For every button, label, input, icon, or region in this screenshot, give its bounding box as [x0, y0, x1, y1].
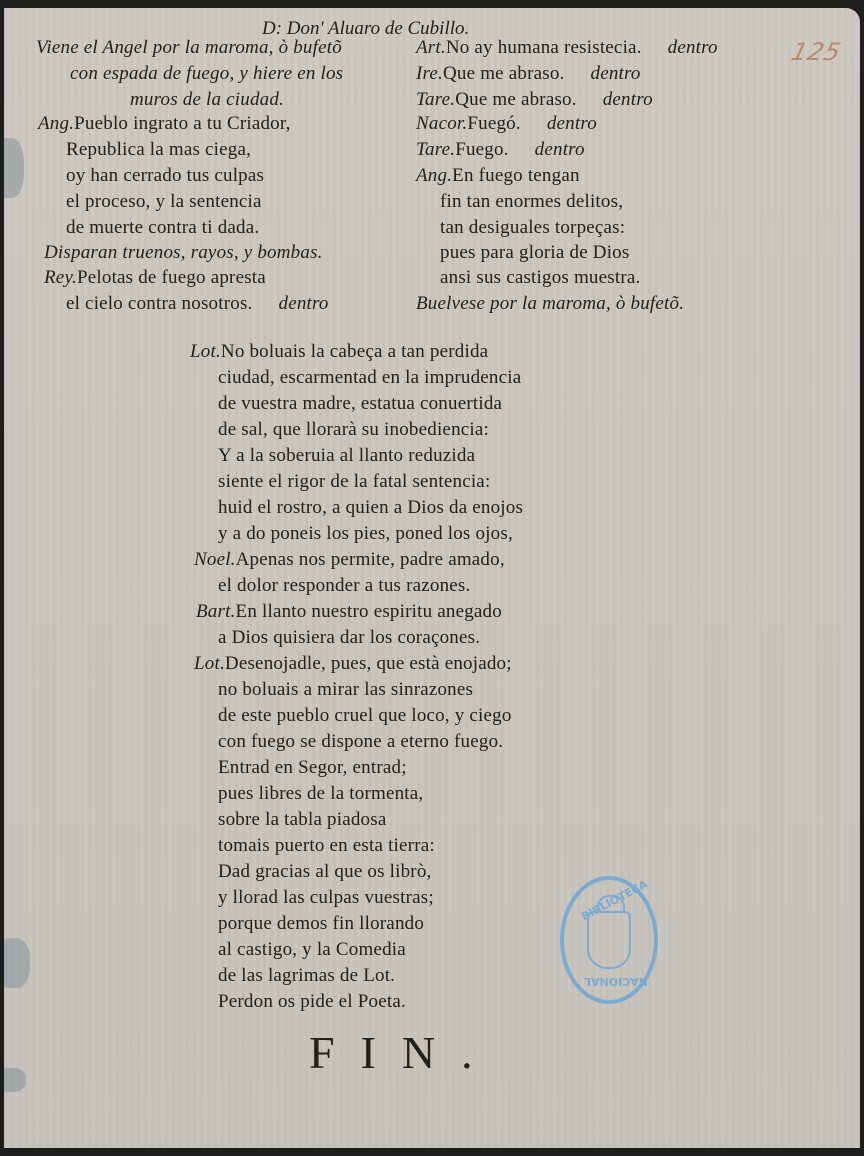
- verse-text: tan desiguales torpeças:: [440, 217, 625, 238]
- closing-fin: FIN.: [309, 1026, 499, 1079]
- verse-text: con fuego se dispone a eterno fuego.: [218, 731, 503, 752]
- verse-text: Fuego.: [455, 139, 508, 160]
- verse-text: Republica la mas ciega,: [66, 139, 251, 160]
- verse-line: el proceso, y la sentencia: [66, 192, 262, 212]
- verse-text: En llanto nuestro espiritu anegado: [236, 601, 502, 622]
- verse-line: y llorad las culpas vuestras;: [218, 888, 434, 908]
- stage-direction: dentro: [535, 139, 585, 160]
- verse-line: Nacor.Fuegó.dentro: [416, 114, 597, 134]
- verse-line: ansi sus castigos muestra.: [440, 268, 640, 288]
- speaker-name: Bart.: [196, 601, 236, 622]
- verse-text: Buelvese por la maroma, ò bufetõ.: [416, 293, 684, 314]
- verse-text: Perdon os pide el Poeta.: [218, 991, 406, 1012]
- verse-line: pues para gloria de Dios: [440, 243, 629, 263]
- verse-text: siente el rigor de la fatal sentencia:: [218, 471, 490, 492]
- verse-line: de muerte contra ti dada.: [66, 218, 259, 238]
- verse-line: Ire.Que me abraso.dentro: [416, 64, 641, 84]
- verse-line: porque demos fin llorando: [218, 914, 424, 934]
- paper-stain: [4, 1068, 26, 1092]
- verse-text: sobre la tabla piadosa: [218, 809, 386, 830]
- verse-text: pues para gloria de Dios: [440, 242, 629, 263]
- verse-line: Y a la soberuia al llanto reduzida: [218, 446, 475, 466]
- verse-line: al castigo, y la Comedia: [218, 940, 406, 960]
- verse-line: de las lagrimas de Lot.: [218, 966, 395, 986]
- verse-text: con espada de fuego, y hiere en los: [70, 63, 343, 84]
- verse-line: Lot.Desenojadle, pues, que està enojado;: [194, 654, 512, 674]
- verse-line: el dolor responder a tus razones.: [218, 576, 470, 596]
- verse-text: ansi sus castigos muestra.: [440, 267, 640, 288]
- verse-line: Ang.Pueblo ingrato a tu Criador,: [38, 114, 291, 134]
- verse-line: Tare.Fuego.dentro: [416, 140, 585, 160]
- coat-of-arms-icon: [587, 911, 631, 969]
- verse-line: huid el rostro, a quien a Dios da enojos: [218, 498, 523, 518]
- book-page: D: Don' Aluaro de Cubillo. 125 Viene el …: [4, 8, 860, 1148]
- verse-line: Lot.No boluais la cabeça a tan perdida: [190, 342, 488, 362]
- verse-text: Que me abraso.: [443, 63, 565, 84]
- verse-text: el proceso, y la sentencia: [66, 191, 262, 212]
- verse-text: a Dios quisiera dar los coraçones.: [218, 627, 480, 648]
- folio-number: 125: [789, 38, 845, 66]
- speaker-name: Lot.: [190, 341, 221, 362]
- stage-direction: dentro: [547, 113, 597, 134]
- verse-text: En fuego tengan: [452, 165, 580, 186]
- verse-text: al castigo, y la Comedia: [218, 939, 406, 960]
- verse-line: no boluais a mirar las sinrazones: [218, 680, 473, 700]
- speaker-name: Ire.: [416, 63, 443, 84]
- verse-text: Viene el Angel por la maroma, ò bufetõ: [36, 37, 342, 58]
- speaker-name: Rey.: [44, 267, 77, 288]
- crown-icon: [597, 895, 625, 913]
- verse-text: no boluais a mirar las sinrazones: [218, 679, 473, 700]
- verse-text: Disparan truenos, rayos, y bombas.: [44, 242, 323, 263]
- verse-text: fin tan enormes delitos,: [440, 191, 623, 212]
- verse-line: de este pueblo cruel que loco, y ciego: [218, 706, 512, 726]
- verse-line: sobre la tabla piadosa: [218, 810, 386, 830]
- verse-line: con espada de fuego, y hiere en los: [70, 64, 343, 84]
- verse-line: Buelvese por la maroma, ò bufetõ.: [416, 294, 684, 314]
- verse-line: oy han cerrado tus culpas: [66, 166, 264, 186]
- verse-text: porque demos fin llorando: [218, 913, 424, 934]
- verse-text: Pueblo ingrato a tu Criador,: [74, 113, 290, 134]
- verse-text: el dolor responder a tus razones.: [218, 575, 470, 596]
- verse-line: muros de la ciudad.: [130, 90, 284, 110]
- verse-line: Ang.En fuego tengan: [416, 166, 580, 186]
- verse-text: pues libres de la tormenta,: [218, 783, 423, 804]
- speaker-name: Ang.: [416, 165, 452, 186]
- verse-line: tan desiguales torpeças:: [440, 218, 625, 238]
- library-stamp: BIBLIOTECA NACIONAL: [560, 876, 658, 1004]
- speaker-name: Tare.: [416, 89, 455, 110]
- verse-text: de sal, que llorarà su inobediencia:: [218, 419, 489, 440]
- verse-text: No ay humana resistecia.: [446, 37, 642, 58]
- verse-text: ciudad, escarmentad en la imprudencia: [218, 367, 521, 388]
- stage-direction: dentro: [279, 293, 329, 314]
- verse-text: de este pueblo cruel que loco, y ciego: [218, 705, 512, 726]
- verse-text: oy han cerrado tus culpas: [66, 165, 264, 186]
- verse-line: Bart.En llanto nuestro espiritu anegado: [196, 602, 502, 622]
- verse-line: Art.No ay humana resistecia.dentro: [416, 38, 718, 58]
- stage-direction: dentro: [668, 37, 718, 58]
- verse-line: el cielo contra nosotros.dentro: [66, 294, 329, 314]
- verse-line: con fuego se dispone a eterno fuego.: [218, 732, 503, 752]
- verse-line: y a do poneis los pies, poned los ojos,: [218, 524, 513, 544]
- verse-line: Republica la mas ciega,: [66, 140, 251, 160]
- verse-text: el cielo contra nosotros.: [66, 293, 253, 314]
- speaker-name: Noel.: [194, 549, 236, 570]
- verse-text: Fuegó.: [467, 113, 520, 134]
- verse-text: huid el rostro, a quien a Dios da enojos: [218, 497, 523, 518]
- verse-text: Y a la soberuia al llanto reduzida: [218, 445, 475, 466]
- speaker-name: Nacor.: [416, 113, 467, 134]
- verse-line: de sal, que llorarà su inobediencia:: [218, 420, 489, 440]
- verse-text: Dad gracias al que os librò,: [218, 861, 431, 882]
- verse-line: Tare.Que me abraso.dentro: [416, 90, 653, 110]
- stamp-bottom-text: NACIONAL: [584, 975, 648, 988]
- verse-line: tomais puerto en esta tierra:: [218, 836, 435, 856]
- verse-line: Noel.Apenas nos permite, padre amado,: [194, 550, 505, 570]
- verse-line: ciudad, escarmentad en la imprudencia: [218, 368, 521, 388]
- verse-line: Dad gracias al que os librò,: [218, 862, 431, 882]
- verse-line: Disparan truenos, rayos, y bombas.: [44, 243, 323, 263]
- paper-stain: [4, 938, 30, 988]
- verse-line: de vuestra madre, estatua conuertida: [218, 394, 502, 414]
- verse-line: Entrad en Segor, entrad;: [218, 758, 407, 778]
- verse-text: Apenas nos permite, padre amado,: [236, 549, 505, 570]
- speaker-name: Art.: [416, 37, 446, 58]
- verse-text: y a do poneis los pies, poned los ojos,: [218, 523, 513, 544]
- speaker-name: Lot.: [194, 653, 225, 674]
- verse-text: Desenojadle, pues, que està enojado;: [225, 653, 512, 674]
- verse-line: fin tan enormes delitos,: [440, 192, 623, 212]
- stage-direction: dentro: [591, 63, 641, 84]
- verse-text: muros de la ciudad.: [130, 89, 284, 110]
- verse-line: a Dios quisiera dar los coraçones.: [218, 628, 480, 648]
- verse-line: Viene el Angel por la maroma, ò bufetõ: [36, 38, 342, 58]
- paper-stain: [4, 138, 24, 198]
- stage-direction: dentro: [603, 89, 653, 110]
- verse-text: No boluais la cabeça a tan perdida: [221, 341, 488, 362]
- verse-line: Perdon os pide el Poeta.: [218, 992, 406, 1012]
- verse-line: Rey.Pelotas de fuego apresta: [44, 268, 266, 288]
- verse-line: siente el rigor de la fatal sentencia:: [218, 472, 490, 492]
- verse-text: tomais puerto en esta tierra:: [218, 835, 435, 856]
- verse-text: de muerte contra ti dada.: [66, 217, 259, 238]
- verse-text: de vuestra madre, estatua conuertida: [218, 393, 502, 414]
- verse-text: Entrad en Segor, entrad;: [218, 757, 407, 778]
- verse-line: pues libres de la tormenta,: [218, 784, 423, 804]
- verse-text: de las lagrimas de Lot.: [218, 965, 395, 986]
- verse-text: Que me abraso.: [455, 89, 577, 110]
- speaker-name: Tare.: [416, 139, 455, 160]
- speaker-name: Ang.: [38, 113, 74, 134]
- verse-text: Pelotas de fuego apresta: [77, 267, 266, 288]
- verse-text: y llorad las culpas vuestras;: [218, 887, 434, 908]
